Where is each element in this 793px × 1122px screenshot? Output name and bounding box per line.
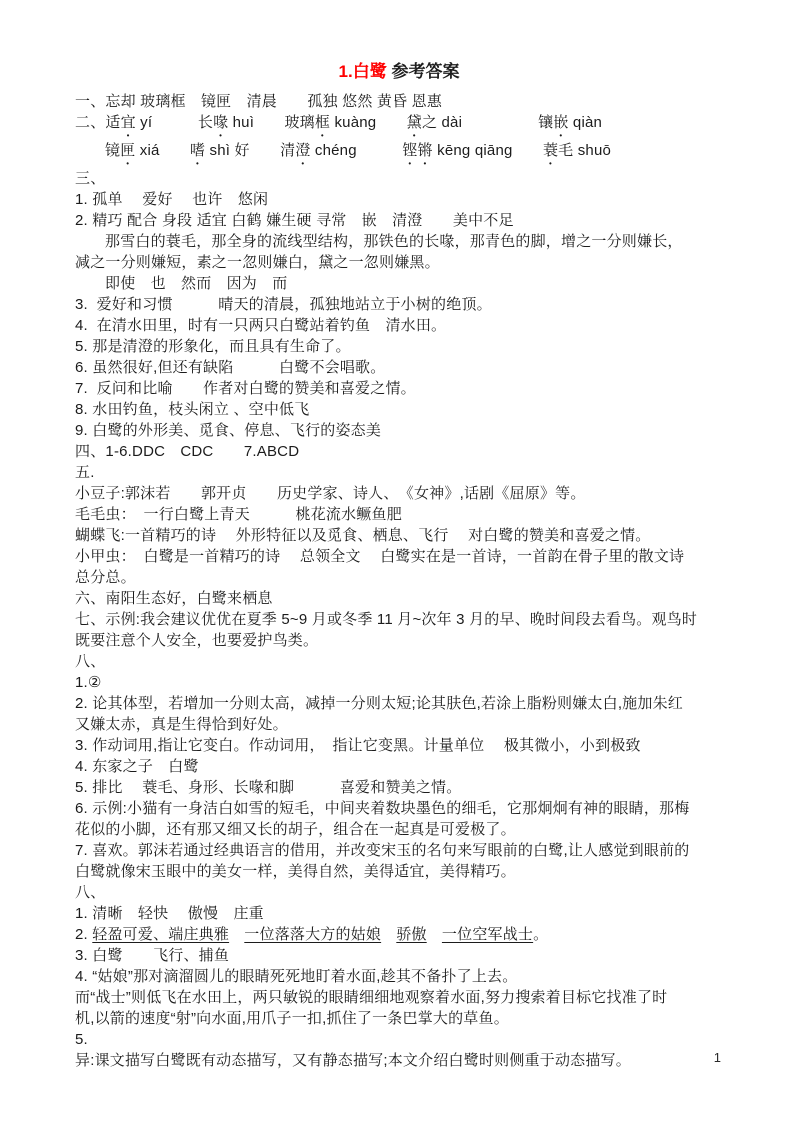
text-segment: 黛 — [407, 114, 422, 131]
text-line: 5. 排比 蓑毛、身形、长喙和脚 喜爱和赞美之情。 — [75, 777, 723, 798]
text-segment: 八、 — [75, 884, 105, 901]
text-line: 七、示例:我会建议优优在夏季 5~9 月或冬季 11 月~次年 3 月的早、晚时… — [75, 609, 723, 630]
text-segment: 蝴蝶飞:一首精巧的诗 外形特征以及觅食、栖息、飞行 对白鹭的赞美和喜爱之情。 — [75, 527, 651, 544]
underlined-answer: 骄傲 — [396, 926, 426, 943]
text-segment: 匣 — [120, 142, 135, 159]
text-segment: yí 长 — [136, 114, 213, 131]
text-segment: kuàng — [330, 114, 407, 131]
text-segment: shì 好 清 — [205, 142, 295, 159]
text-segment: 机,以箭的速度“射”向水面,用爪子一扣,抓住了一条巴掌大的草鱼。 — [75, 1010, 509, 1027]
text-line: 小豆子:郭沫若 郭开贞 历史学家、诗人、 《女神》,话剧《屈原》等。 — [75, 483, 723, 504]
text-segment: 5. 排比 蓑毛、身形、长喙和脚 喜爱和赞美之情。 — [75, 779, 461, 796]
text-segment: 4. 东家之子 白鹭 — [75, 758, 199, 775]
text-segment: 2. 论其体型，若增加一分则太高，减掉一分则太短;论其肤色,若涂上脂粉则嫌太白,… — [75, 695, 683, 712]
text-segment: 三、 — [75, 170, 105, 187]
text-line: 一、忘却 玻璃框 镜匣 清晨 孤独 悠然 黄昏 恩惠 — [75, 91, 723, 112]
text-line: 2. 论其体型，若增加一分则太高，减掉一分则太短;论其肤色,若涂上脂粉则嫌太白,… — [75, 693, 723, 714]
text-line: 机,以箭的速度“射”向水面,用爪子一扣,抓住了一条巴掌大的草鱼。 — [75, 1008, 723, 1029]
text-segment: 七、示例:我会建议优优在夏季 5~9 月或冬季 11 月~次年 3 月的早、晚时… — [75, 611, 697, 628]
text-line: 3. 白鹭 飞行、捕鱼 — [75, 945, 723, 966]
text-line: 三、 — [75, 168, 723, 189]
text-segment: 一、忘却 玻璃框 镜匣 清晨 孤独 悠然 黄昏 恩惠 — [75, 93, 442, 110]
text-line: 既要注意个人安全，也要爱护鸟类。 — [75, 630, 723, 651]
text-segment: 宜 — [121, 114, 136, 131]
text-line: 1. 孤单 爱好 也许 悠闲 — [75, 189, 723, 210]
text-line: 3. 爱好和习惯 晴天的清晨，孤独地站立于小树的绝顶。 — [75, 294, 723, 315]
text-segment: 毛毛虫： 一行白鹭上青天 桃花流水鳜鱼肥 — [75, 506, 402, 523]
text-line: 蝴蝶飞:一首精巧的诗 外形特征以及觅食、栖息、飞行 对白鹭的赞美和喜爱之情。 — [75, 525, 723, 546]
text-line: 5. 那是清澄的形象化，而且具有生命了。 — [75, 336, 723, 357]
text-line: 五. — [75, 462, 723, 483]
text-line: 小甲虫： 白鹭是一首精巧的诗 总领全文 白鹭实在是一首诗，一首韵在骨子里的散文诗 — [75, 546, 723, 567]
text-segment: 6. 示例:小猫有一身洁白如雪的短毛，中间夹着数块墨色的细毛，它那炯炯有神的眼睛… — [75, 800, 689, 817]
text-segment: 那雪白的蓑毛，那全身的流线型结构，那铁色的长喙，那青色的脚，增之一分则嫌长， — [105, 233, 683, 250]
text-segment: 1. 清晰 轻快 傲慢 庄重 — [75, 905, 264, 922]
text-segment: 八、 — [75, 653, 105, 670]
text-segment: 毛 shuō — [558, 142, 611, 159]
text-segment — [229, 926, 244, 943]
text-segment: 减之一分则嫌短，素之一忽则嫌白，黛之一忽则嫌黑。 — [75, 254, 440, 271]
text-line: 白鹭就像宋玉眼中的美女一样，美得自然，美得适宜，美得精巧。 — [75, 861, 723, 882]
text-segment: 小豆子:郭沫若 郭开贞 历史学家、诗人、 《女神》,话剧《屈原》等。 — [75, 485, 586, 502]
text-segment: 1.白鹭 — [339, 62, 387, 81]
text-segment: 蓑 — [543, 142, 558, 159]
text-segment: 5. 那是清澄的形象化，而且具有生命了。 — [75, 338, 351, 355]
text-segment: 7. 喜欢。郭沫若通过经典语言的借用，并改变宋玉的名句来写眼前的白鹭,让人感觉到… — [75, 842, 689, 859]
text-segment: xiá — [135, 142, 190, 159]
text-line: 6. 虽然很好,但还有缺陷 白鹭不会唱歌。 — [75, 357, 723, 378]
text-segment: chéng — [311, 142, 403, 159]
text-line: 5. — [75, 1029, 723, 1050]
text-line: 9. 白鹭的外形美、觅食、停息、飞行的姿态美 — [75, 420, 723, 441]
text-segment: 而“战士”则低飞在水田上，两只敏锐的眼睛细细地观察着水面,努力搜索着目标它找准了… — [75, 989, 667, 1006]
text-segment: 嵌 — [553, 114, 568, 131]
text-segment: 二、适 — [75, 114, 121, 131]
text-segment: 2. — [75, 926, 92, 943]
text-line: 六、南阳生态好，白鹭来栖息 — [75, 588, 723, 609]
text-line: 1. 清晰 轻快 傲慢 庄重 — [75, 903, 723, 924]
document-body: 一、忘却 玻璃框 镜匣 清晨 孤独 悠然 黄昏 恩惠二、适宜 yí 长喙 huì… — [75, 91, 723, 1071]
text-segment: 六、南阳生态好，白鹭来栖息 — [75, 590, 273, 607]
text-segment — [427, 926, 442, 943]
text-line: 8. 水田钓鱼，枝头闲立 、空中低飞 — [75, 399, 723, 420]
text-line: 7. 反问和比喻 作者对白鹭的赞美和喜爱之情。 — [75, 378, 723, 399]
text-segment: 。 — [533, 926, 548, 943]
text-segment: 五. — [75, 464, 95, 481]
text-segment: 6. 虽然很好,但还有缺陷 白鹭不会唱歌。 — [75, 359, 385, 376]
text-segment: 总分总。 — [75, 569, 136, 586]
text-segment: 花似的小脚，还有那又细又长的胡子，组合在一起真是可爱极了。 — [75, 821, 516, 838]
text-segment: 3. 爱好和习惯 晴天的清晨，孤独地站立于小树的绝顶。 — [75, 296, 492, 313]
text-line: 而“战士”则低飞在水田上，两只敏锐的眼睛细细地观察着水面,努力搜索着目标它找准了… — [75, 987, 723, 1008]
text-segment: 7. 反问和比喻 作者对白鹭的赞美和喜爱之情。 — [75, 380, 416, 397]
text-segment: 5. — [75, 1031, 88, 1048]
text-segment — [381, 926, 396, 943]
text-segment: 之 dài 镶 — [422, 114, 553, 131]
text-line: 1.② — [75, 672, 723, 693]
text-segment: 2. 精巧 配合 身段 适宜 白鹤 嫌生硬 寻常 嵌 清澄 美中不足 — [75, 212, 514, 229]
page-number: 1 — [714, 1050, 721, 1065]
page-title: 1.白鹭 参考答案 — [75, 60, 723, 84]
text-line: 2. 轻盈可爱、端庄典雅 一位落落大方的姑娘 骄傲 一位空军战士。 — [75, 924, 723, 945]
underlined-answer: 轻盈可爱、端庄典雅 — [92, 926, 229, 943]
underlined-answer: 一位空军战士 — [442, 926, 533, 943]
text-segment: 4. 在清水田里，时有一只两只白鹭站着钓鱼 清水田。 — [75, 317, 446, 334]
text-line: 八、 — [75, 882, 723, 903]
text-segment: 3. 白鹭 飞行、捕鱼 — [75, 947, 229, 964]
text-line: 总分总。 — [75, 567, 723, 588]
underlined-answer: 一位落落大方的姑娘 — [244, 926, 381, 943]
text-line: 那雪白的蓑毛，那全身的流线型结构，那铁色的长喙，那青色的脚，增之一分则嫌长， — [75, 231, 723, 252]
text-segment: qiàn — [569, 114, 603, 131]
text-line: 镜匣 xiá 嗜 shì 好 清澄 chéng 铿锵 kēng qiāng 蓑毛… — [75, 140, 723, 168]
text-segment: 8. 水田钓鱼，枝头闲立 、空中低飞 — [75, 401, 309, 418]
text-segment: 异:课文描写白鹭既有动态描写，又有静态描写;本文介绍白鹭时则侧重于动态描写。 — [75, 1052, 631, 1069]
text-line: 2. 精巧 配合 身段 适宜 白鹤 嫌生硬 寻常 嵌 清澄 美中不足 — [75, 210, 723, 231]
text-line: 7. 喜欢。郭沫若通过经典语言的借用，并改变宋玉的名句来写眼前的白鹭,让人感觉到… — [75, 840, 723, 861]
text-segment: 澄 — [295, 142, 310, 159]
text-segment: 既要注意个人安全，也要爱护鸟类。 — [75, 632, 318, 649]
text-line: 异:课文描写白鹭既有动态描写，又有静态描写;本文介绍白鹭时则侧重于动态描写。 — [75, 1050, 723, 1071]
text-segment: 4. “姑娘”那对滴溜圆儿的眼睛死死地盯着水面,趁其不备扑了上去。 — [75, 968, 517, 985]
text-line: 4. 东家之子 白鹭 — [75, 756, 723, 777]
text-segment: 9. 白鹭的外形美、觅食、停息、飞行的姿态美 — [75, 422, 381, 439]
text-segment: 又嫌太赤，真是生得恰到好处。 — [75, 716, 288, 733]
text-line: 减之一分则嫌短，素之一忽则嫌白，黛之一忽则嫌黑。 — [75, 252, 723, 273]
text-segment: 四、1-6.DDC CDC 7.ABCD — [75, 443, 299, 460]
text-segment: 小甲虫： 白鹭是一首精巧的诗 总领全文 白鹭实在是一首诗，一首韵在骨子里的散文诗 — [75, 548, 684, 565]
text-segment: 镜 — [105, 142, 120, 159]
text-segment: kēng qiāng — [433, 142, 543, 159]
text-segment: 即使 也 然而 因为 而 — [105, 275, 287, 292]
text-line: 3. 作动词用,指让它变白。作动词用， 指让它变黑。计量单位 极其微小，小到极致 — [75, 735, 723, 756]
text-line: 即使 也 然而 因为 而 — [75, 273, 723, 294]
text-segment: 参考答案 — [387, 62, 460, 81]
text-line: 4. 在清水田里，时有一只两只白鹭站着钓鱼 清水田。 — [75, 315, 723, 336]
text-segment: 1. 孤单 爱好 也许 悠闲 — [75, 191, 268, 208]
text-line: 毛毛虫： 一行白鹭上青天 桃花流水鳜鱼肥 — [75, 504, 723, 525]
text-line: 又嫌太赤，真是生得恰到好处。 — [75, 714, 723, 735]
text-segment: 嗜 — [190, 142, 205, 159]
text-segment: 白鹭就像宋玉眼中的美女一样，美得自然，美得适宜，美得精巧。 — [75, 863, 516, 880]
text-line: 花似的小脚，还有那又细又长的胡子，组合在一起真是可爱极了。 — [75, 819, 723, 840]
text-segment: 喙 — [213, 114, 228, 131]
text-segment: 铿锵 — [402, 142, 432, 159]
text-line: 四、1-6.DDC CDC 7.ABCD — [75, 441, 723, 462]
text-segment: 1.② — [75, 674, 102, 691]
text-segment: 3. 作动词用,指让它变白。作动词用， 指让它变黑。计量单位 极其微小，小到极致 — [75, 737, 641, 754]
text-line: 二、适宜 yí 长喙 huì 玻璃框 kuàng 黛之 dài 镶嵌 qiàn — [75, 112, 723, 140]
text-line: 4. “姑娘”那对滴溜圆儿的眼睛死死地盯着水面,趁其不备扑了上去。 — [75, 966, 723, 987]
document-page: 1.白鹭 参考答案 一、忘却 玻璃框 镜匣 清晨 孤独 悠然 黄昏 恩惠二、适宜… — [0, 0, 793, 1122]
text-segment: huì 玻璃 — [228, 114, 315, 131]
text-segment: 框 — [315, 114, 330, 131]
text-line: 八、 — [75, 651, 723, 672]
text-line: 6. 示例:小猫有一身洁白如雪的短毛，中间夹着数块墨色的细毛，它那炯炯有神的眼睛… — [75, 798, 723, 819]
